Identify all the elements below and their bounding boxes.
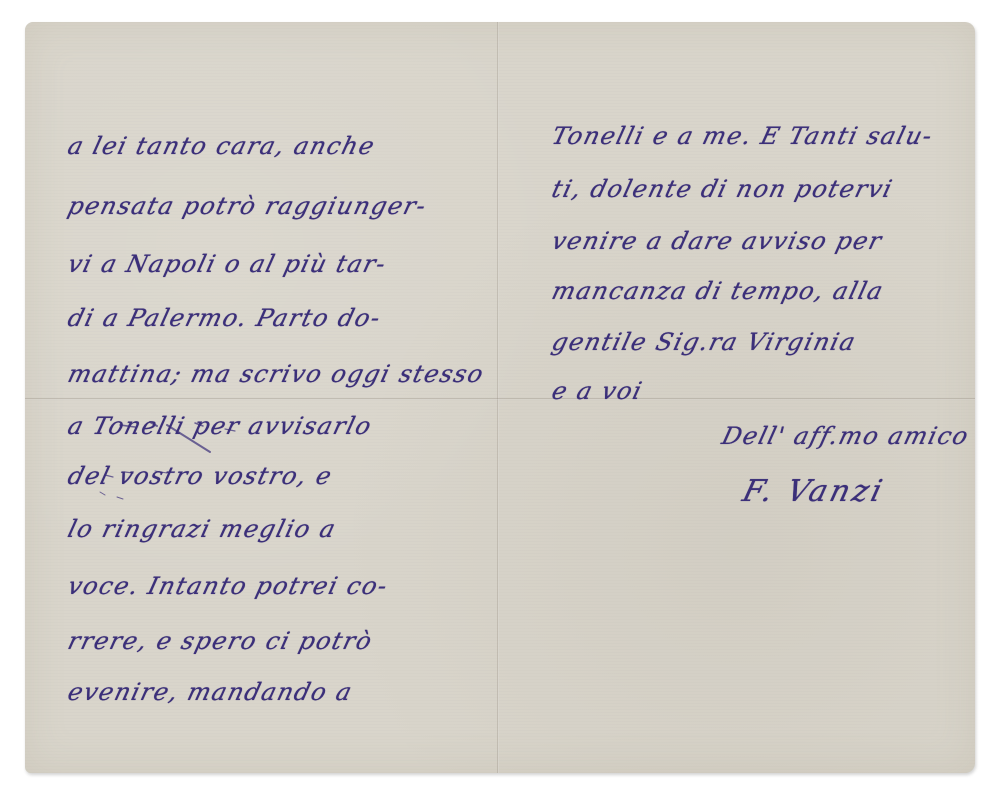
left-line-9: voce. Intanto potrei co- (65, 572, 391, 600)
right-line-3: venire a dare avviso per (549, 227, 886, 255)
left-line-1: a lei tanto cara, anche (65, 132, 378, 160)
left-line-7: del vostro vostro, e (65, 462, 336, 490)
left-line-6: a Tonelli per avvisarlo (65, 412, 375, 440)
letter-signature: F. Vanzi (739, 474, 888, 509)
letter-sheet: a lei tanto cara, anche pensata potrò ra… (25, 22, 975, 773)
left-line-10: rrere, e spero ci potrò (65, 627, 376, 655)
right-line-2: ti, dolente di non potervi (549, 175, 896, 203)
left-line-8: lo ringrazi meglio a (65, 515, 339, 543)
right-line-4: mancanza di tempo, alla (549, 277, 887, 305)
left-page: a lei tanto cara, anche pensata potrò ra… (25, 22, 497, 773)
left-line-2: pensata potrò raggiunger- (65, 192, 430, 220)
letter-closing: Dell' aff.mo amico (719, 422, 972, 450)
left-line-3: vi a Napoli o al più tar- (65, 250, 390, 278)
right-page: Tonelli e a me. E Tanti salu- ti, dolent… (499, 22, 975, 773)
right-line-6: e a voi (549, 377, 646, 405)
right-line-1: Tonelli e a me. E Tanti salu- (549, 122, 936, 150)
scan-background: a lei tanto cara, anche pensata potrò ra… (0, 0, 995, 800)
left-line-11: evenire, mandando a (65, 678, 356, 706)
left-line-5: mattina; ma scrivo oggi stesso (65, 360, 487, 388)
left-line-4: di a Palermo. Parto do- (65, 304, 384, 332)
right-line-5: gentile Sig.ra Virginia (549, 328, 859, 356)
